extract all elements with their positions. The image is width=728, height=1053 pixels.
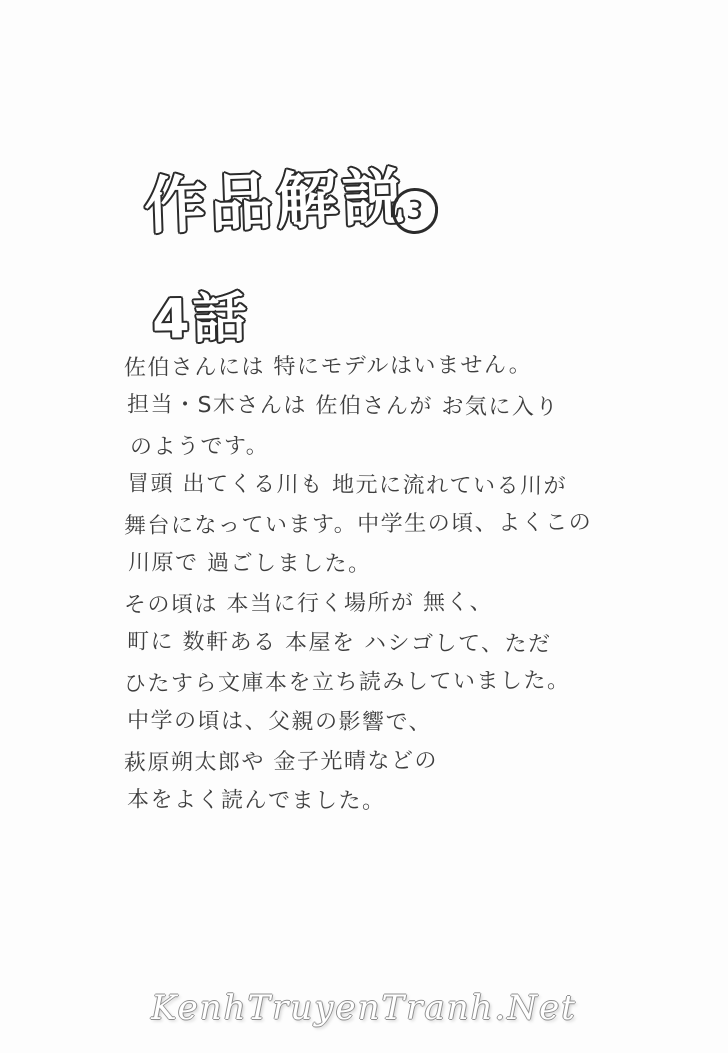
site-watermark: KenhTruyenTranh.Net — [0, 988, 728, 1028]
handwritten-line: 本をよく読んでました。 — [127, 780, 614, 822]
handwritten-line: のようです。 — [130, 424, 614, 467]
handwritten-line: その頃は 本当に行く場所が 無く、 — [124, 582, 614, 625]
handwritten-line: 川原で 過ごしました。 — [128, 543, 614, 585]
scanned-manga-commentary-page: 作品解説 3 4話 佐伯さんには 特にモデルはいません。 担当・S木さんは 佐伯… — [0, 0, 728, 1053]
episode-heading: 4話 — [151, 275, 250, 354]
handwritten-line: 中学の頃は、父親の影響で、 — [127, 701, 614, 743]
handwritten-line: 担当・S木さんは 佐伯さんが お気に入り — [127, 385, 614, 427]
handwritten-line: 舞台になっています。中学生の頃、よくこの — [124, 503, 614, 546]
page-title: 作品解説 — [143, 147, 410, 245]
handwritten-line: 佐伯さんには 特にモデルはいません。 — [124, 345, 614, 388]
handwritten-line: 萩原朔太郎や 金子光晴などの — [124, 740, 614, 783]
handwritten-line: ひたすら文庫本を立ち読みしていました。 — [124, 661, 614, 704]
handwritten-commentary-block: 佐伯さんには 特にモデルはいません。 担当・S木さんは 佐伯さんが お気に入り … — [124, 347, 614, 821]
handwritten-line: 冒頭 出てくる川も 地元に流れている川が — [127, 464, 614, 506]
handwritten-line: 町に 数軒ある 本屋を ハシゴして、ただ — [127, 622, 614, 664]
